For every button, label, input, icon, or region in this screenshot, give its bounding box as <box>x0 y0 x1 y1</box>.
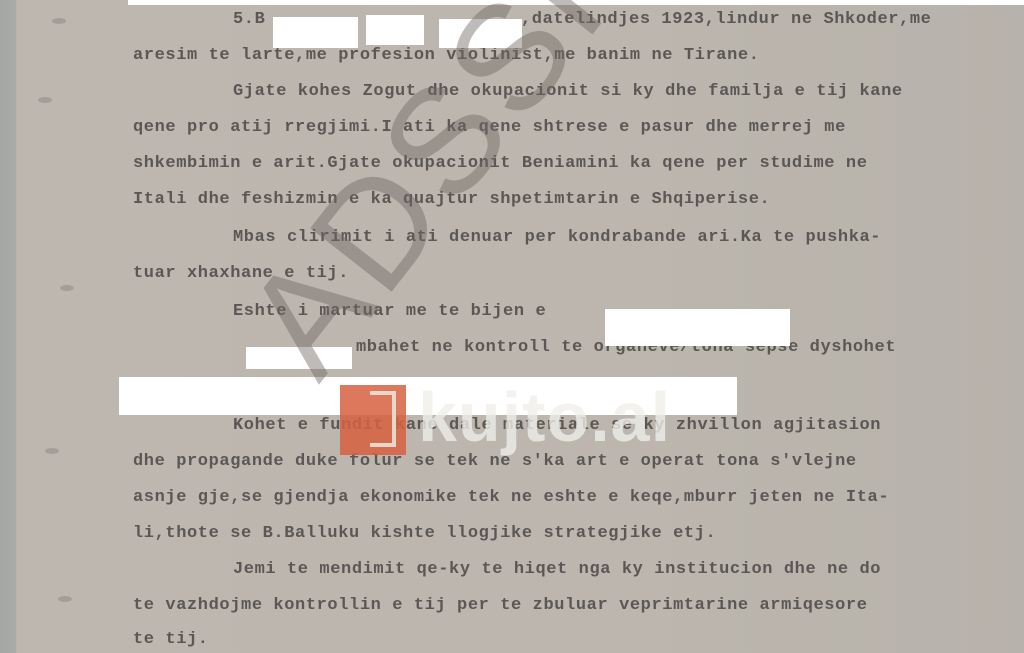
redaction-box <box>366 15 424 45</box>
redaction-box <box>273 17 358 48</box>
text-line: Eshte i martuar me te bijen e <box>233 302 546 321</box>
text-line: Gjate kohes Zogut dhe okupacionit si ky … <box>233 82 903 101</box>
staple-mark <box>45 448 59 454</box>
text-line: asnje gje,se gjendja ekonomike tek ne es… <box>133 488 889 507</box>
page-edge-shadow <box>0 0 16 653</box>
door-icon <box>370 391 396 447</box>
text-line: shkembimin e arit.Gjate okupacionit Beni… <box>133 154 868 173</box>
kujto-watermark: kujto.al <box>418 382 671 452</box>
redaction-box <box>246 347 352 369</box>
text-line: qene pro atij rregjimi.I ati ka qene sht… <box>133 118 846 137</box>
staple-mark <box>38 97 52 103</box>
staple-mark <box>58 596 72 602</box>
text-line: 5.B <box>233 10 265 29</box>
text-line: Mbas clirimit i ati denuar per kondraban… <box>233 228 881 247</box>
staple-mark <box>52 18 66 24</box>
text-line: ,datelindjes 1923,lindur ne Shkoder,me <box>521 10 931 29</box>
redaction-box <box>439 19 522 48</box>
text-line: Jemi te mendimit qe-ky te hiqet nga ky i… <box>233 560 881 579</box>
text-line: te tij. <box>133 630 209 649</box>
text-line: Itali dhe feshizmin e ka quajtur shpetim… <box>133 190 770 209</box>
text-line: li,thote se B.Balluku kishte llogjike st… <box>133 524 716 543</box>
kujto-logo-icon <box>340 385 406 455</box>
redaction-box <box>128 0 1024 5</box>
text-line: tuar xhaxhane e tij. <box>133 264 349 283</box>
redaction-box <box>605 309 790 346</box>
staple-mark <box>60 285 74 291</box>
text-line: aresim te larte,me profesion violinist,m… <box>133 46 760 65</box>
text-line: te vazhdojme kontrollin e tij per te zbu… <box>133 596 868 615</box>
